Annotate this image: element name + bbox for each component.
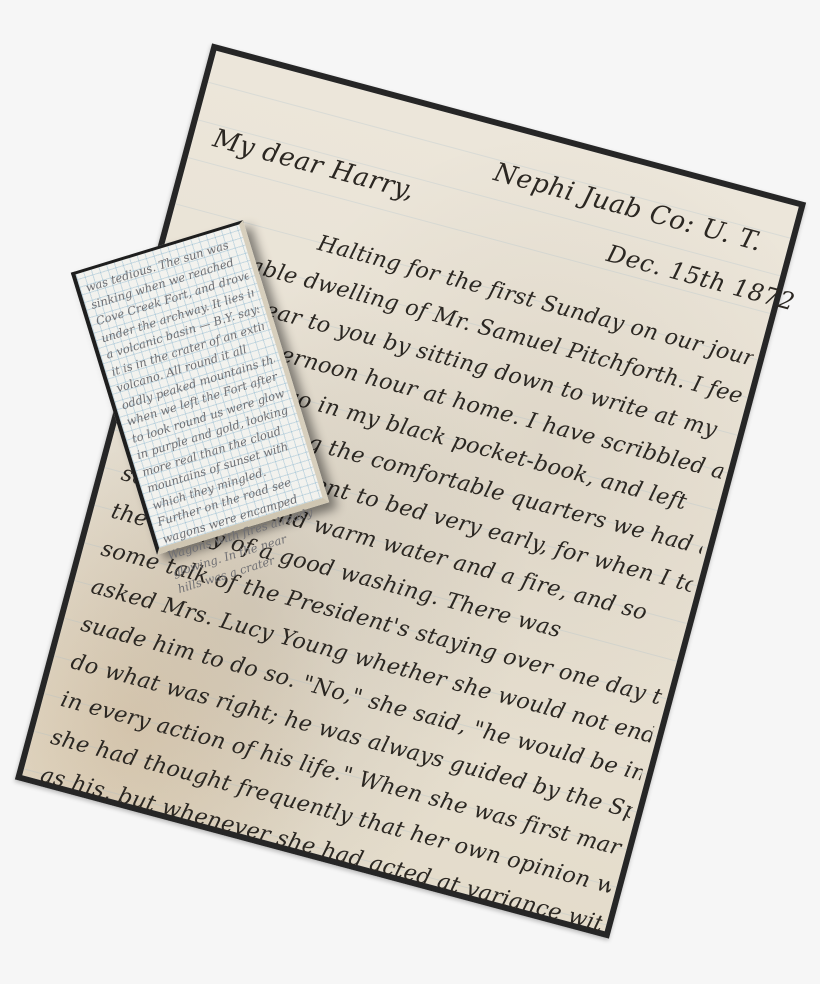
handwritten-letter: Nephi Juab Co: U. T. Dec. 15th 1872 My d…	[15, 43, 806, 938]
letter-place: Nephi Juab Co: U. T.	[491, 157, 765, 257]
letter-date: Dec. 15th 1872	[604, 239, 798, 316]
letter-greeting: My dear Harry,	[210, 124, 418, 207]
